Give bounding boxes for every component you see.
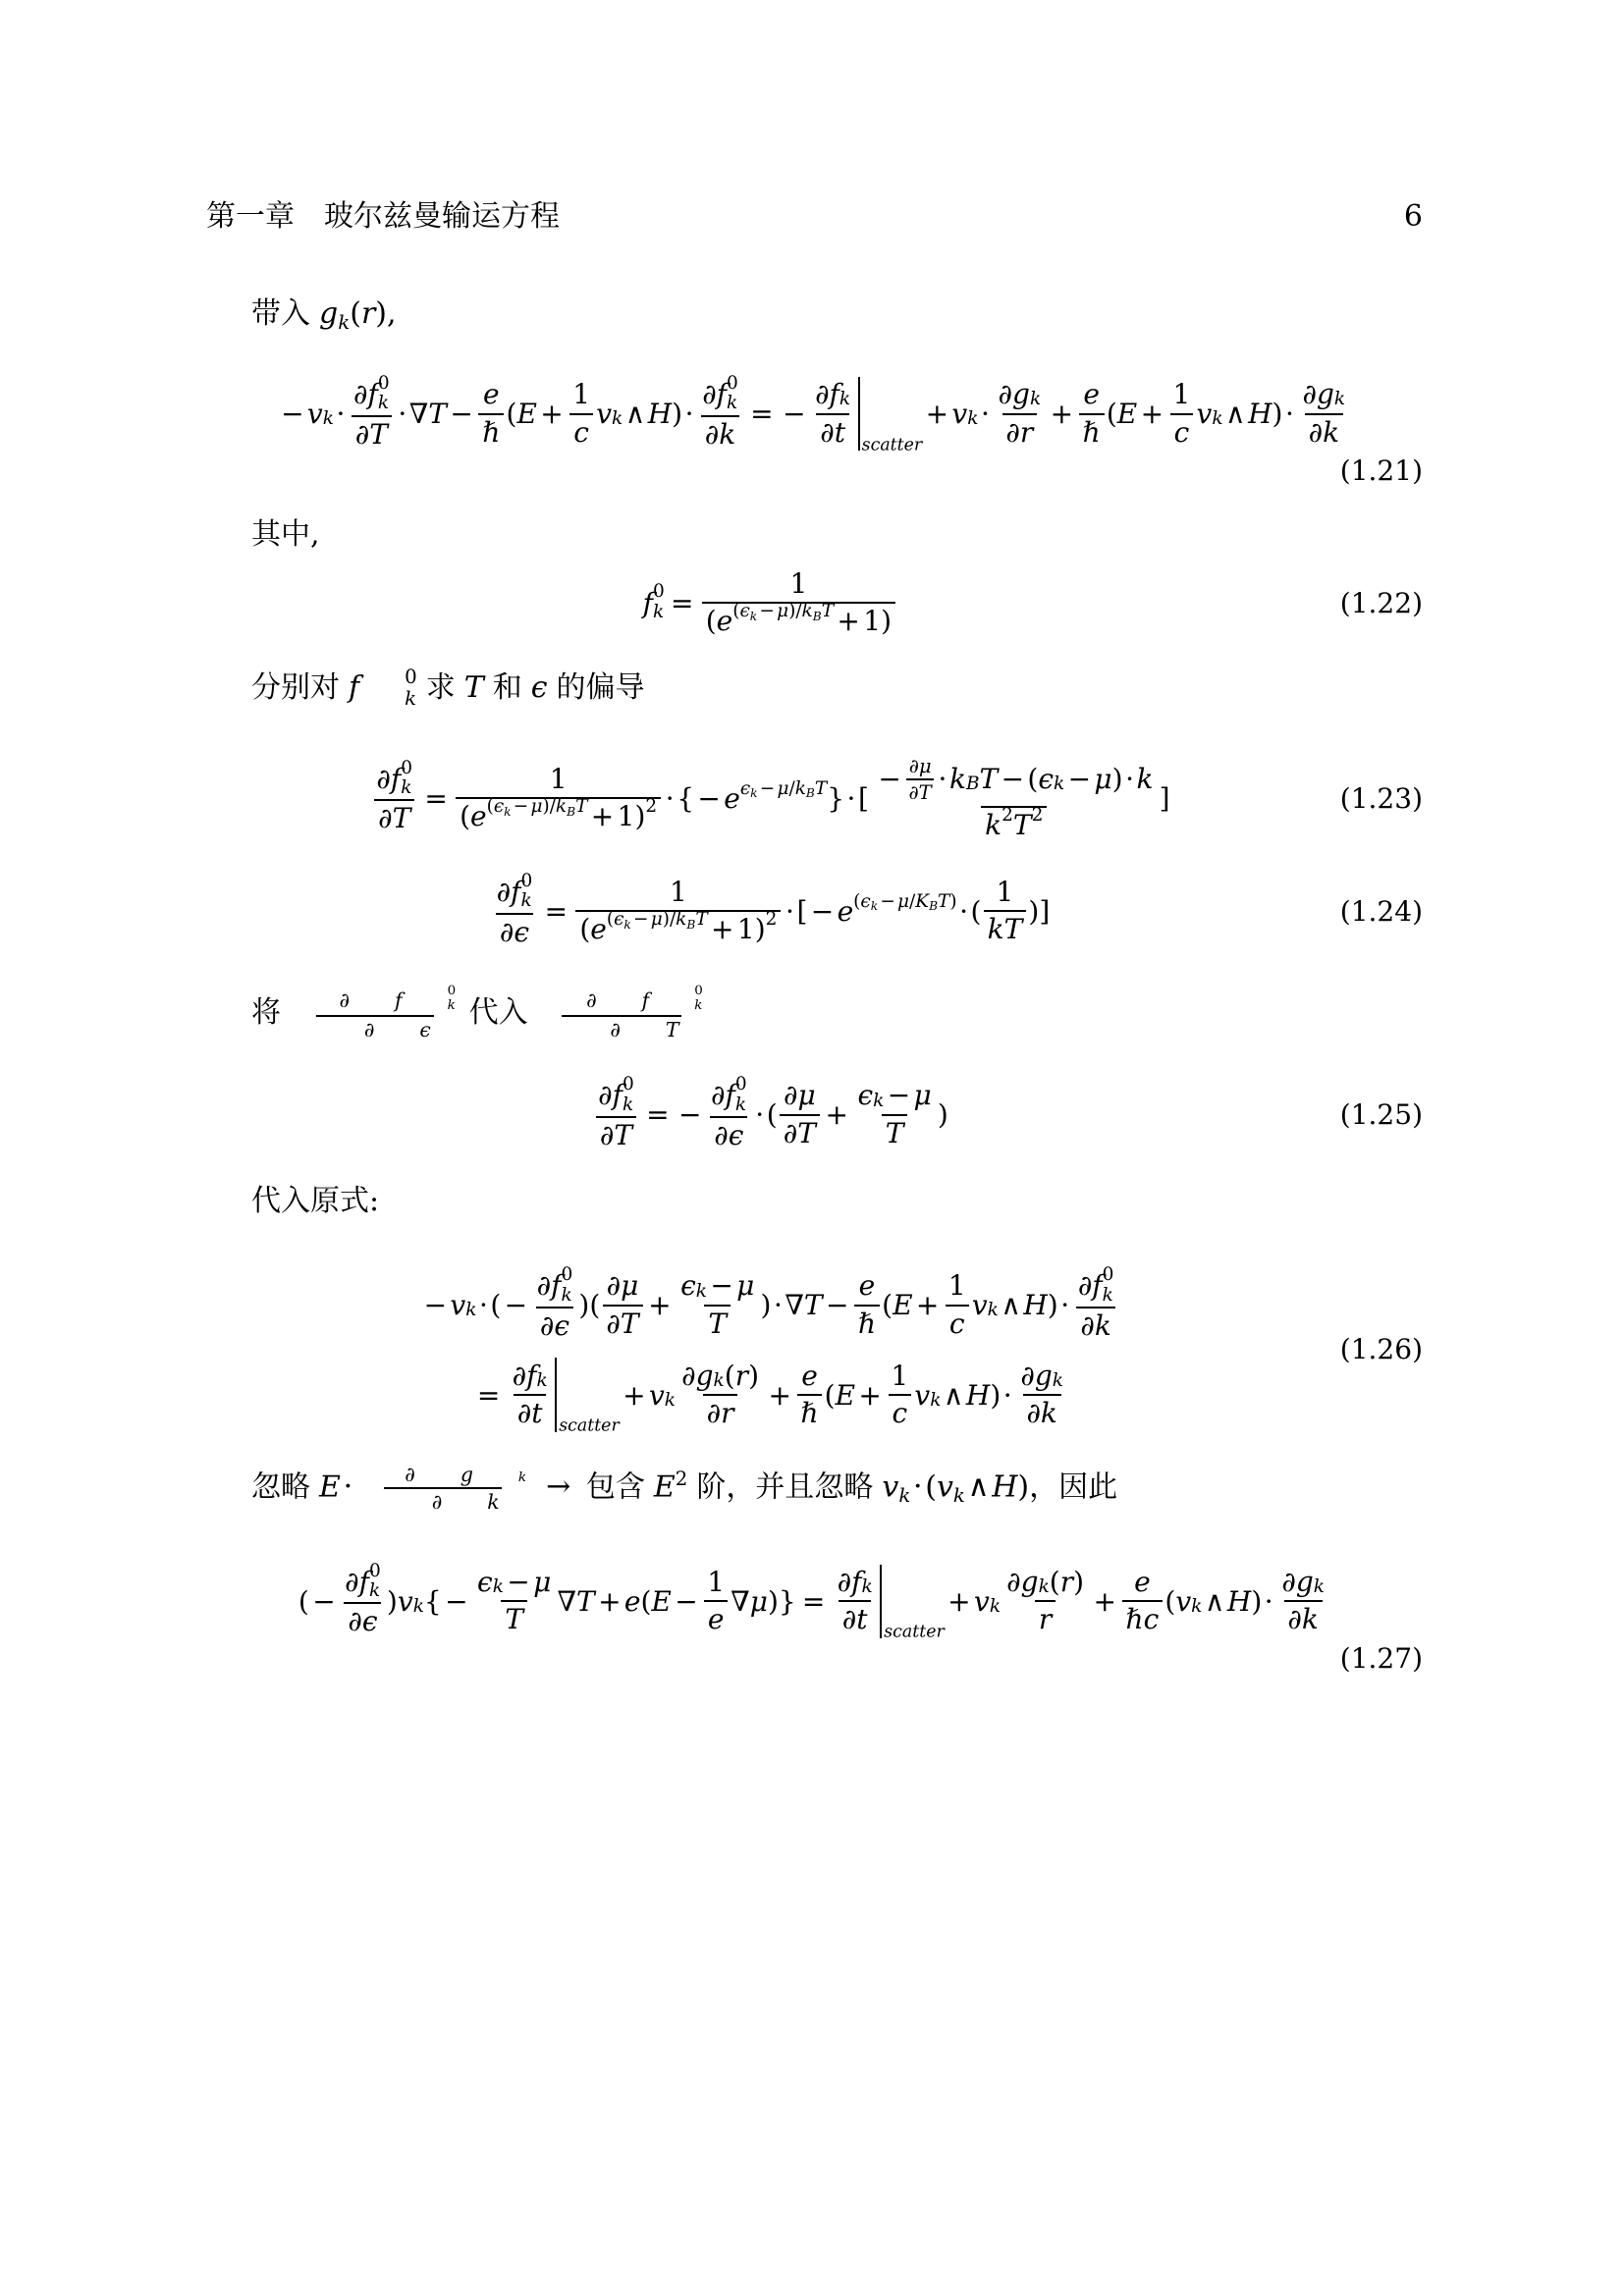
document-page: 第一章 玻尔兹曼输运方程 6 带入gk(r), −vk·∂f0k∂T·∇T−eℏ… [0,0,1624,2296]
equation-1-26-body: −vk·(−∂f0k∂ϵ)(∂μ∂T+ϵk−μT)·∇T−eℏ(E+1cvk∧H… [206,1266,1334,1432]
equation-1-25-body: ∂f0k∂T=−∂f0k∂ϵ·(∂μ∂T+ϵk−μT) [206,1076,1334,1153]
equation-1-22-body: f0k=1(e(ϵk−μ)/kBT+1) [206,566,1334,640]
paragraph-intro: 带入gk(r), [206,292,1423,336]
page-header: 第一章 玻尔兹曼输运方程 6 [206,191,1423,235]
paragraph-neglect-terms: 忽略E·∂gk∂k→包含E2阶，并且忽略vk·(vk∧H)，因此 [206,1462,1423,1516]
equation-1-24-number: (1.24) [1340,895,1423,928]
chapter-title: 第一章 玻尔兹曼输运方程 [206,191,560,235]
equation-1-21-number: (1.21) [206,454,1423,487]
equation-1-26: −vk·(−∂f0k∂ϵ)(∂μ∂T+ϵk−μT)·∇T−eℏ(E+1cvk∧H… [206,1266,1423,1432]
paragraph-into-original: 代入原式: [206,1179,1423,1223]
equation-1-25-number: (1.25) [1340,1098,1423,1131]
equation-1-23: ∂f0k∂T=1(e(ϵk−μ)/kBT+1)2·{−eϵk−μ/kBT}·[−… [206,754,1423,843]
equation-1-27-number: (1.27) [206,1642,1423,1675]
paragraph-where: 其中, [206,512,1423,557]
equation-1-27-body: (−∂f0k∂ϵ)vk{−ϵk−μT∇T+e(E−1e∇μ)}=∂fk∂tsca… [206,1563,1423,1640]
equation-1-22: f0k=1(e(ϵk−μ)/kBT+1) (1.22) [206,566,1423,640]
equation-1-27: (−∂f0k∂ϵ)vk{−ϵk−μT∇T+e(E−1e∇μ)}=∂fk∂tsca… [206,1563,1423,1675]
paragraph-substitute: 将∂f0k∂ϵ代入∂f0k∂T [206,986,1423,1042]
equation-1-23-body: ∂f0k∂T=1(e(ϵk−μ)/kBT+1)2·{−eϵk−μ/kBT}·[−… [206,754,1334,843]
equation-1-21-body: −vk·∂f0k∂T·∇T−eℏ(E+1cvk∧H)·∂f0k∂k=−∂fk∂t… [206,375,1423,453]
equation-1-21: −vk·∂f0k∂T·∇T−eℏ(E+1cvk∧H)·∂f0k∂k=−∂fk∂t… [206,375,1423,487]
equation-1-23-number: (1.23) [1340,782,1423,815]
page-number: 6 [1404,199,1423,234]
equation-1-24: ∂f0k∂ϵ=1(e(ϵk−μ)/kBT+1)2·[−e(ϵk−μ/KBT)·(… [206,873,1423,950]
equation-1-25: ∂f0k∂T=−∂f0k∂ϵ·(∂μ∂T+ϵk−μT) (1.25) [206,1076,1423,1153]
paragraph-partial-derivatives: 分别对f0k求T和ϵ的偏导 [206,666,1423,711]
equation-1-22-number: (1.22) [1340,587,1423,619]
equation-1-26-number: (1.26) [1340,1333,1423,1365]
equation-1-24-body: ∂f0k∂ϵ=1(e(ϵk−μ)/kBT+1)2·[−e(ϵk−μ/KBT)·(… [206,873,1334,950]
